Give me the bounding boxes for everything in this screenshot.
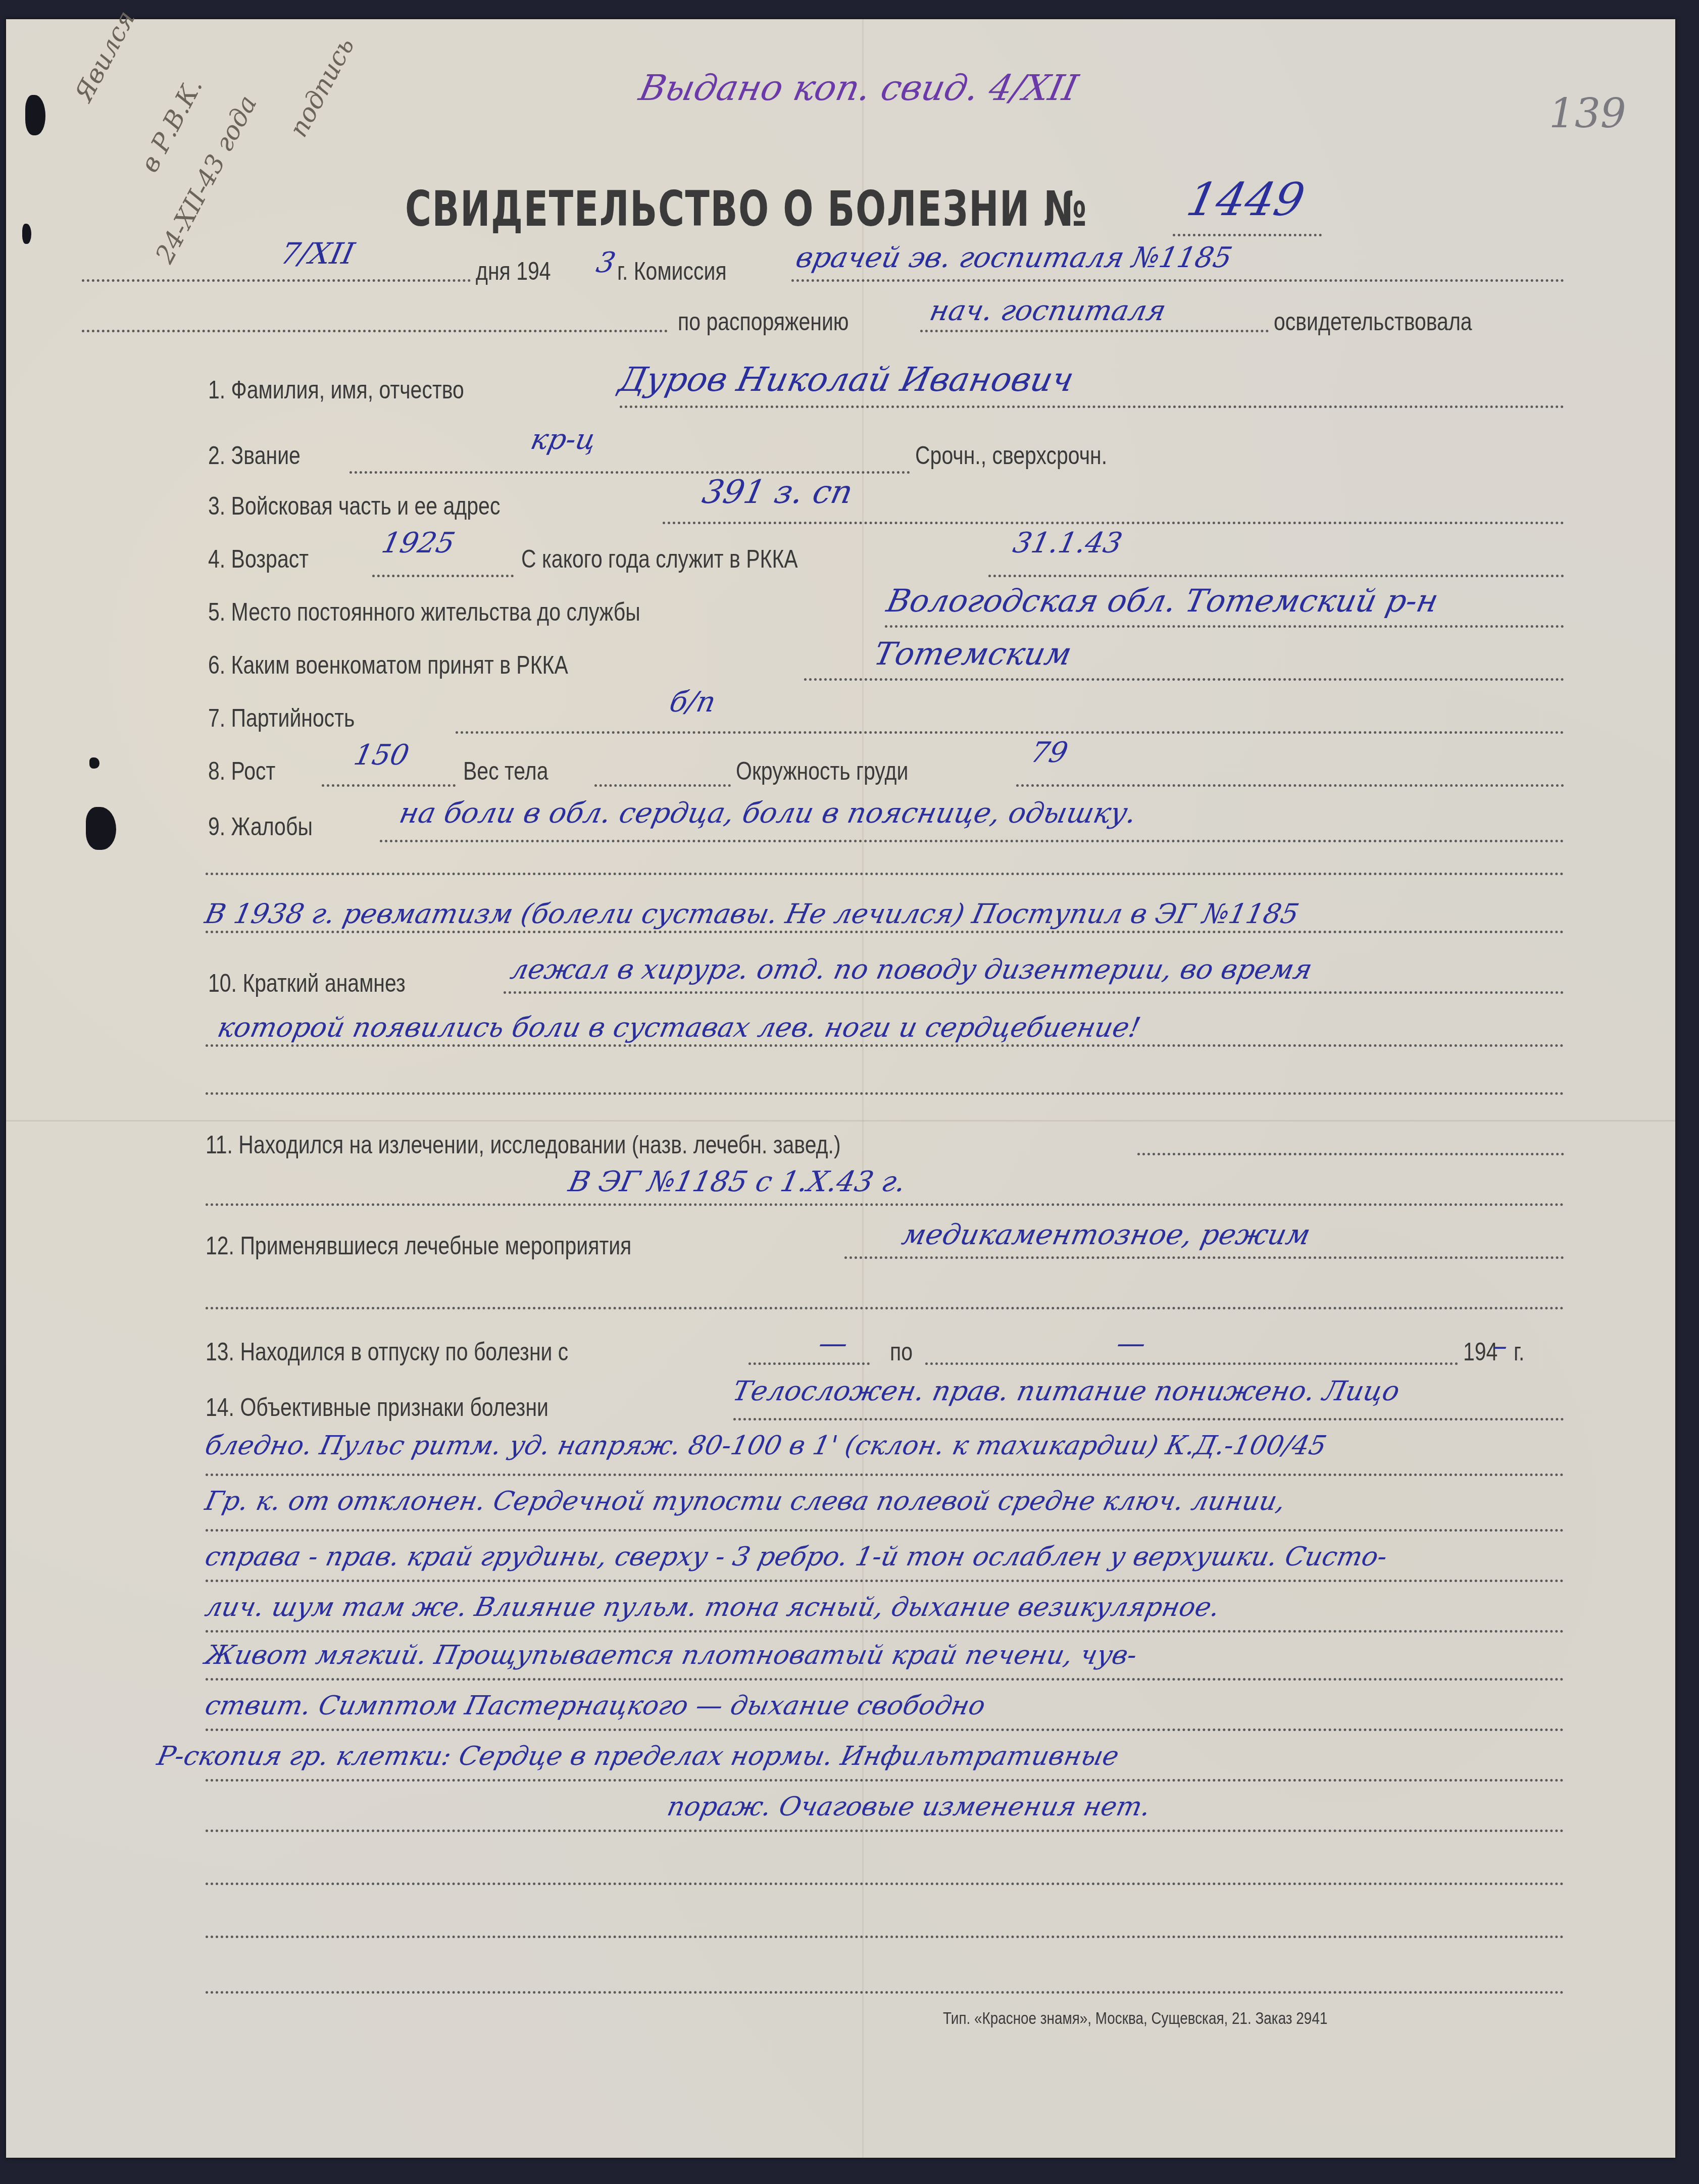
paper-fold xyxy=(6,1120,1675,1122)
examined-label: освидетельствовала xyxy=(1274,307,1472,336)
complaints-value: на боли в обл. сердца, боли в пояснице, … xyxy=(396,797,1139,830)
anamnesis-underline-3 xyxy=(206,1092,1564,1095)
field-3-label: 3. Войсковая часть и ее адрес xyxy=(208,491,500,521)
objective-underline-3 xyxy=(206,1529,1564,1532)
objective-underline-5 xyxy=(206,1630,1564,1633)
commission-label: г. Комиссия xyxy=(617,257,727,286)
field-5-underline xyxy=(885,625,1564,628)
objective-line-9: пораж. Очаговые изменения нет. xyxy=(665,1792,1154,1822)
field-8-label: 8. Рост xyxy=(208,756,275,786)
field-9-underline xyxy=(380,840,1564,842)
field-1-label: 1. Фамилия, имя, отчество xyxy=(208,375,464,404)
punch-hole-icon xyxy=(25,95,45,135)
objective-underline-9 xyxy=(206,1830,1564,1832)
field-7-underline xyxy=(456,731,1564,734)
document-title: СВИДЕТЕЛЬСТВО О БОЛЕЗНИ № xyxy=(405,181,1087,237)
field-11-underline xyxy=(1137,1153,1564,1155)
service-type-label: Срочн., сверхсрочн. xyxy=(915,441,1107,470)
complaints-extra-line xyxy=(206,873,1564,875)
margin-note: в Р.В.К. xyxy=(134,73,208,177)
field-5-label: 5. Место постоянного жительства до служб… xyxy=(208,597,640,627)
field-8-underline-c xyxy=(1016,784,1564,787)
field-8-underline-a xyxy=(322,784,456,787)
objective-line-5: лич. шум там же. Влияние пульм. тона ясн… xyxy=(203,1592,1223,1622)
chest-label: Окружность груди xyxy=(736,756,908,786)
commission-underline xyxy=(791,279,1564,282)
punch-hole-icon xyxy=(86,807,116,850)
anamnesis-underline-2 xyxy=(206,1044,1564,1047)
field-6-label: 6. Каким военкоматом принят в РККА xyxy=(208,650,568,680)
order-pre-underline xyxy=(82,330,668,332)
service-since-value: 31.1.43 xyxy=(1010,527,1125,560)
party-value: б/п xyxy=(667,686,719,719)
enlistment-office-value: Тотемским xyxy=(871,635,1075,672)
treatment-place-value: В ЭГ №1185 с 1.X.43 г. xyxy=(566,1165,909,1198)
complaints-continued-underline xyxy=(206,931,1564,933)
margin-signature: подпись xyxy=(283,33,360,142)
objective-line-6: Живот мягкий. Прощупывается плотноватый … xyxy=(203,1640,1140,1670)
field-3-underline xyxy=(663,522,1564,524)
unit-value: 391 з. сп xyxy=(699,474,856,511)
printer-imprint: Тип. «Красное знамя», Москва, Сущевская,… xyxy=(943,2009,1327,2028)
field-9-label: 9. Жалобы xyxy=(208,812,313,841)
field-6-underline xyxy=(804,678,1564,681)
service-since-label: С какого года служит в РККА xyxy=(521,544,798,574)
order-underline xyxy=(920,330,1269,332)
field-14-underline xyxy=(733,1418,1564,1420)
anamnesis-line-2: которой появились боли в суставах лев. н… xyxy=(215,1011,1143,1043)
field-4-label: 4. Возраст xyxy=(208,544,309,574)
treatment-value: медикаментозное, режим xyxy=(899,1218,1313,1251)
margin-note: Явился xyxy=(69,6,141,107)
objective-line-2: бледно. Пульс ритм. уд. напряж. 80-100 в… xyxy=(203,1431,1329,1461)
objective-line-7: ствит. Симптом Пастернацкого — дыхание с… xyxy=(203,1691,988,1721)
leave-year-suffix: г. xyxy=(1514,1337,1524,1366)
height-value: 150 xyxy=(351,739,412,772)
complaints-continued: В 1938 г. ревматизм (болели суставы. Не … xyxy=(202,898,1302,930)
paper-fold-vertical xyxy=(862,19,864,2158)
objective-underline-8 xyxy=(206,1779,1564,1782)
document-sheet: Явился в Р.В.К. 24-XII-43 года подпись В… xyxy=(6,19,1675,2158)
leave-from-underline xyxy=(748,1362,870,1365)
treatment-place-underline xyxy=(206,1203,1564,1206)
issued-annotation: Выдано коп. свид. 4/XII xyxy=(635,67,1081,109)
leave-from-value: — xyxy=(816,1327,851,1360)
punch-hole-icon xyxy=(22,224,31,244)
leave-year-digit: – xyxy=(1490,1330,1511,1362)
leave-to-label: по xyxy=(890,1337,913,1366)
field-4-underline-a xyxy=(372,575,514,577)
blank-line xyxy=(206,1991,1564,1994)
date-value: 7/XII xyxy=(278,236,358,271)
leave-to-value: — xyxy=(1114,1327,1149,1360)
page-number: 139 xyxy=(1549,90,1626,137)
weight-label: Вес тела xyxy=(463,756,548,786)
punch-hole-icon xyxy=(89,757,99,769)
field-4-underline-b xyxy=(988,575,1564,577)
rank-value: кр-ц xyxy=(528,423,599,456)
birth-year-value: 1925 xyxy=(379,527,458,560)
treatment-underline-2 xyxy=(206,1307,1564,1309)
field-14-label: 14. Объективные признаки болезни xyxy=(206,1393,548,1422)
objective-underline-7 xyxy=(206,1729,1564,1731)
objective-underline-6 xyxy=(206,1678,1564,1681)
residence-value: Вологодская обл. Тотемский р-н xyxy=(883,582,1441,619)
field-7-label: 7. Партийность xyxy=(208,703,355,733)
number-underline xyxy=(1173,234,1322,236)
objective-underline-4 xyxy=(206,1580,1564,1582)
commission-value: врачей эв. госпиталя №1185 xyxy=(793,241,1235,274)
chest-value: 79 xyxy=(1028,736,1071,769)
field-12-underline xyxy=(844,1256,1564,1259)
date-label: дня 194 xyxy=(476,257,551,286)
order-value: нач. госпиталя xyxy=(927,294,1169,327)
field-13-label: 13. Находился в отпуску по болезни с xyxy=(206,1337,568,1366)
field-1-underline xyxy=(620,405,1564,408)
order-label: по распоряжению xyxy=(678,307,849,336)
leave-to-underline xyxy=(925,1362,1458,1365)
full-name-value: Дуров Николай Иванович xyxy=(616,360,1077,399)
field-10-label: 10. Краткий анамнез xyxy=(208,969,406,998)
blank-line xyxy=(206,1883,1564,1885)
field-2-label: 2. Звание xyxy=(208,441,301,470)
objective-underline-2 xyxy=(206,1474,1564,1476)
field-8-underline-b xyxy=(594,784,731,787)
certificate-number: 1449 xyxy=(1182,173,1309,226)
year-digit: 3 xyxy=(593,246,618,279)
field-10-underline xyxy=(504,991,1564,994)
objective-line-4: справа - прав. край грудины, сверху - 3 … xyxy=(203,1542,1390,1572)
objective-line-1: Телосложен. прав. питание понижено. Лицо xyxy=(730,1375,1403,1407)
blank-line xyxy=(206,1936,1564,1938)
field-12-label: 12. Применявшиеся лечебные мероприятия xyxy=(206,1231,631,1260)
date-underline xyxy=(82,279,471,282)
objective-line-8: Р-скопия гр. клетки: Сердце в пределах н… xyxy=(155,1741,1122,1771)
anamnesis-line-1: лежал в хирург. отд. по поводу дизентери… xyxy=(508,953,1315,985)
objective-line-3: Гр. к. от отклонен. Сердечной тупости сл… xyxy=(203,1486,1288,1516)
field-11-label: 11. Находился на излечении, исследовании… xyxy=(206,1130,841,1159)
